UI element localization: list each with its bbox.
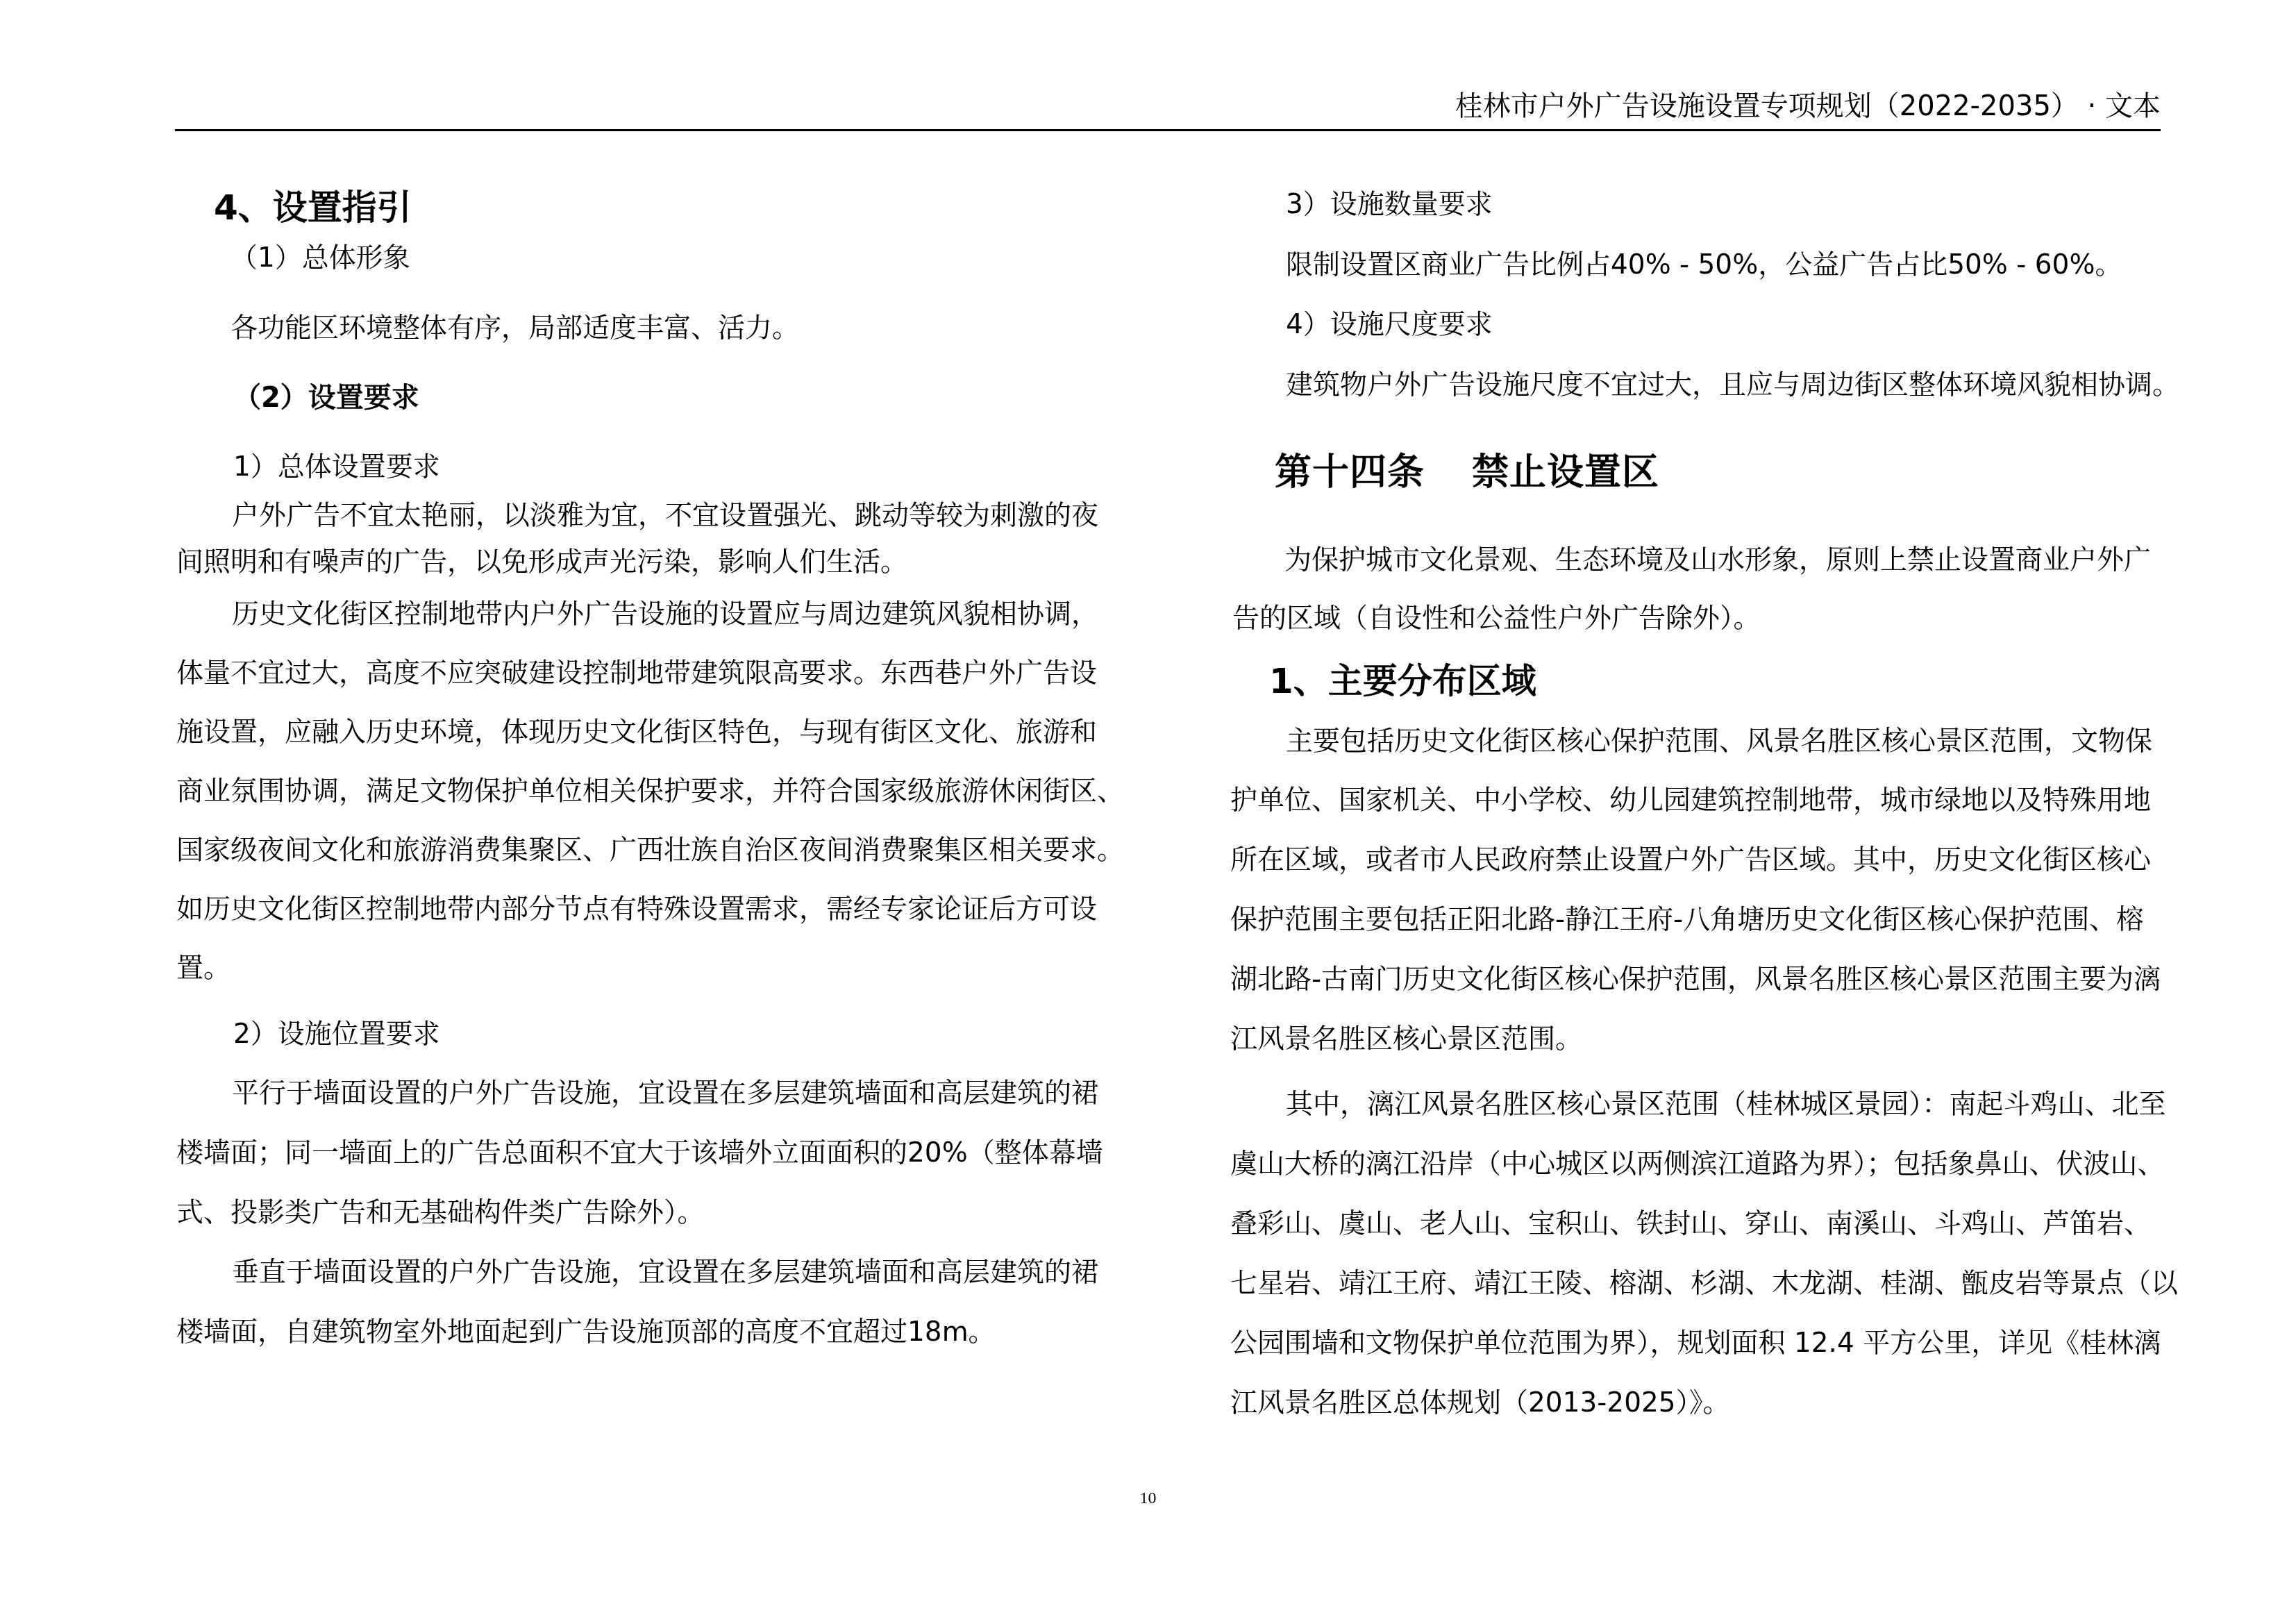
- paragraph-line: 其中，漓江风景名胜区核心景区范围（桂林城区景园）：南起斗鸡山、北至: [1286, 1087, 2166, 1122]
- section-heading-distribution-areas: 1、主要分布区域: [1269, 660, 1536, 703]
- article-number: 第十四条: [1275, 451, 1425, 494]
- paragraph-quantity-requirements: 限制设置区商业广告比例占40% - 50%，公益广告占比50% - 60%。: [1286, 248, 2122, 283]
- paragraph-line: 保护范围主要包括正阳北路-静江王府-八角塘历史文化街区核心保护范围、榕: [1230, 903, 2143, 937]
- paragraph-line: 施设置，应融入历史环境，体现历史文化街区特色，与现有街区文化、旅游和: [176, 715, 1097, 750]
- paragraph-line: 护单位、国家机关、中小学校、幼儿园建筑控制地带，城市绿地以及特殊用地: [1230, 783, 2151, 818]
- article-title: 禁止设置区: [1472, 451, 1659, 494]
- paragraph-line: 叠彩山、虞山、老人山、宝积山、铁封山、穿山、南溪山、斗鸡山、芦笛岩、: [1230, 1207, 2151, 1241]
- paragraph-line: 平行于墙面设置的户外广告设施，宜设置在多层建筑墙面和高层建筑的裙: [232, 1076, 1098, 1111]
- paragraph-line: 主要包括历史文化街区核心保护范围、风景名胜区核心景区范围，文物保: [1286, 724, 2152, 759]
- paragraph-line: 湖北路-古南门历史文化街区核心保护范围，风景名胜区核心景区范围主要为漓: [1230, 962, 2161, 997]
- article-heading: 第十四条禁止设置区: [1275, 450, 1659, 496]
- section-heading-setting-guidance: 4、设置指引: [214, 186, 412, 229]
- running-header-title: 桂林市户外广告设施设置专项规划（2022-2035） · 文本: [1455, 89, 2161, 124]
- subheading-setting-requirements: （2）设置要求: [233, 380, 419, 415]
- paragraph-line: 如历史文化街区控制地带内部分节点有特殊设置需求，需经专家论证后方可设: [176, 892, 1097, 927]
- paragraph-line: 楼墙面；同一墙面上的广告总面积不宜大于该墙外立面面积的20%（整体幕墙: [176, 1136, 1103, 1171]
- paragraph-line: 历史文化街区控制地带内户外广告设施的设置应与周边建筑风貌相协调，: [232, 597, 1098, 632]
- paragraph-line: 户外广告不宜太艳丽，以淡雅为宜，不宜设置强光、跳动等较为刺激的夜: [232, 499, 1098, 533]
- paragraph-scale-requirements: 建筑物户外广告设施尺度不宜过大，且应与周边街区整体环境风貌相协调。: [1286, 368, 2179, 403]
- paragraph-line: 告的区域（自设性和公益性户外广告除外）。: [1232, 601, 1761, 636]
- paragraph-overall-image: 各功能区环境整体有序，局部适度丰富、活力。: [231, 311, 799, 346]
- paragraph-line: 体量不宜过大，高度不应突破建设控制地带建筑限高要求。东西巷户外广告设: [176, 656, 1097, 691]
- paragraph-line: 所在区域，或者市人民政府禁止设置户外广告区域。其中，历史文化街区核心: [1230, 843, 2151, 878]
- paragraph-line: 为保护城市文化景观、生态环境及山水形象，原则上禁止设置商业户外广: [1284, 543, 2151, 578]
- paragraph-line: 江风景名胜区核心景区范围。: [1230, 1022, 1582, 1057]
- paragraph-line: 虞山大桥的漓江沿岸（中心城区以两侧滨江道路为界）；包括象鼻山、伏波山、: [1230, 1147, 2165, 1182]
- paragraph-line: 式、投影类广告和无基础构件类广告除外）。: [176, 1196, 705, 1230]
- item-heading-general-requirements: 1）总体设置要求: [233, 450, 440, 485]
- paragraph-line: 置。: [176, 951, 231, 986]
- paragraph-line: 七星岩、靖江王府、靖江王陵、榕湖、杉湖、木龙湖、桂湖、甑皮岩等景点（以: [1230, 1266, 2178, 1301]
- item-heading-location-requirements: 2）设施位置要求: [233, 1017, 440, 1052]
- paragraph-line: 间照明和有噪声的广告，以免形成声光污染，影响人们生活。: [176, 545, 907, 580]
- paragraph-line: 垂直于墙面设置的户外广告设施，宜设置在多层建筑墙面和高层建筑的裙: [232, 1255, 1098, 1290]
- paragraph-line: 国家级夜间文化和旅游消费集聚区、广西壮族自治区夜间消费聚集区相关要求。: [176, 833, 1124, 868]
- paragraph-line: 公园围墙和文物保护单位范围为界），规划面积 12.4 平方公里，详见《桂林漓: [1230, 1326, 2161, 1361]
- document-page: 桂林市户外广告设施设置专项规划（2022-2035） · 文本 4、设置指引 （…: [0, 0, 2296, 1624]
- paragraph-line: 江风景名胜区总体规划（2013-2025）》。: [1230, 1386, 1730, 1421]
- item-heading-scale-requirements: 4）设施尺度要求: [1286, 308, 1493, 342]
- paragraph-line: 楼墙面，自建筑物室外地面起到广告设施顶部的高度不宜超过18m。: [176, 1315, 996, 1350]
- page-number: 10: [0, 1488, 2296, 1509]
- header-divider: [175, 129, 2161, 131]
- subheading-overall-image: （1）总体形象: [231, 241, 410, 276]
- paragraph-line: 商业氛围协调，满足文物保护单位相关保护要求，并符合国家级旅游休闲街区、: [176, 774, 1124, 809]
- item-heading-quantity-requirements: 3）设施数量要求: [1286, 187, 1493, 222]
